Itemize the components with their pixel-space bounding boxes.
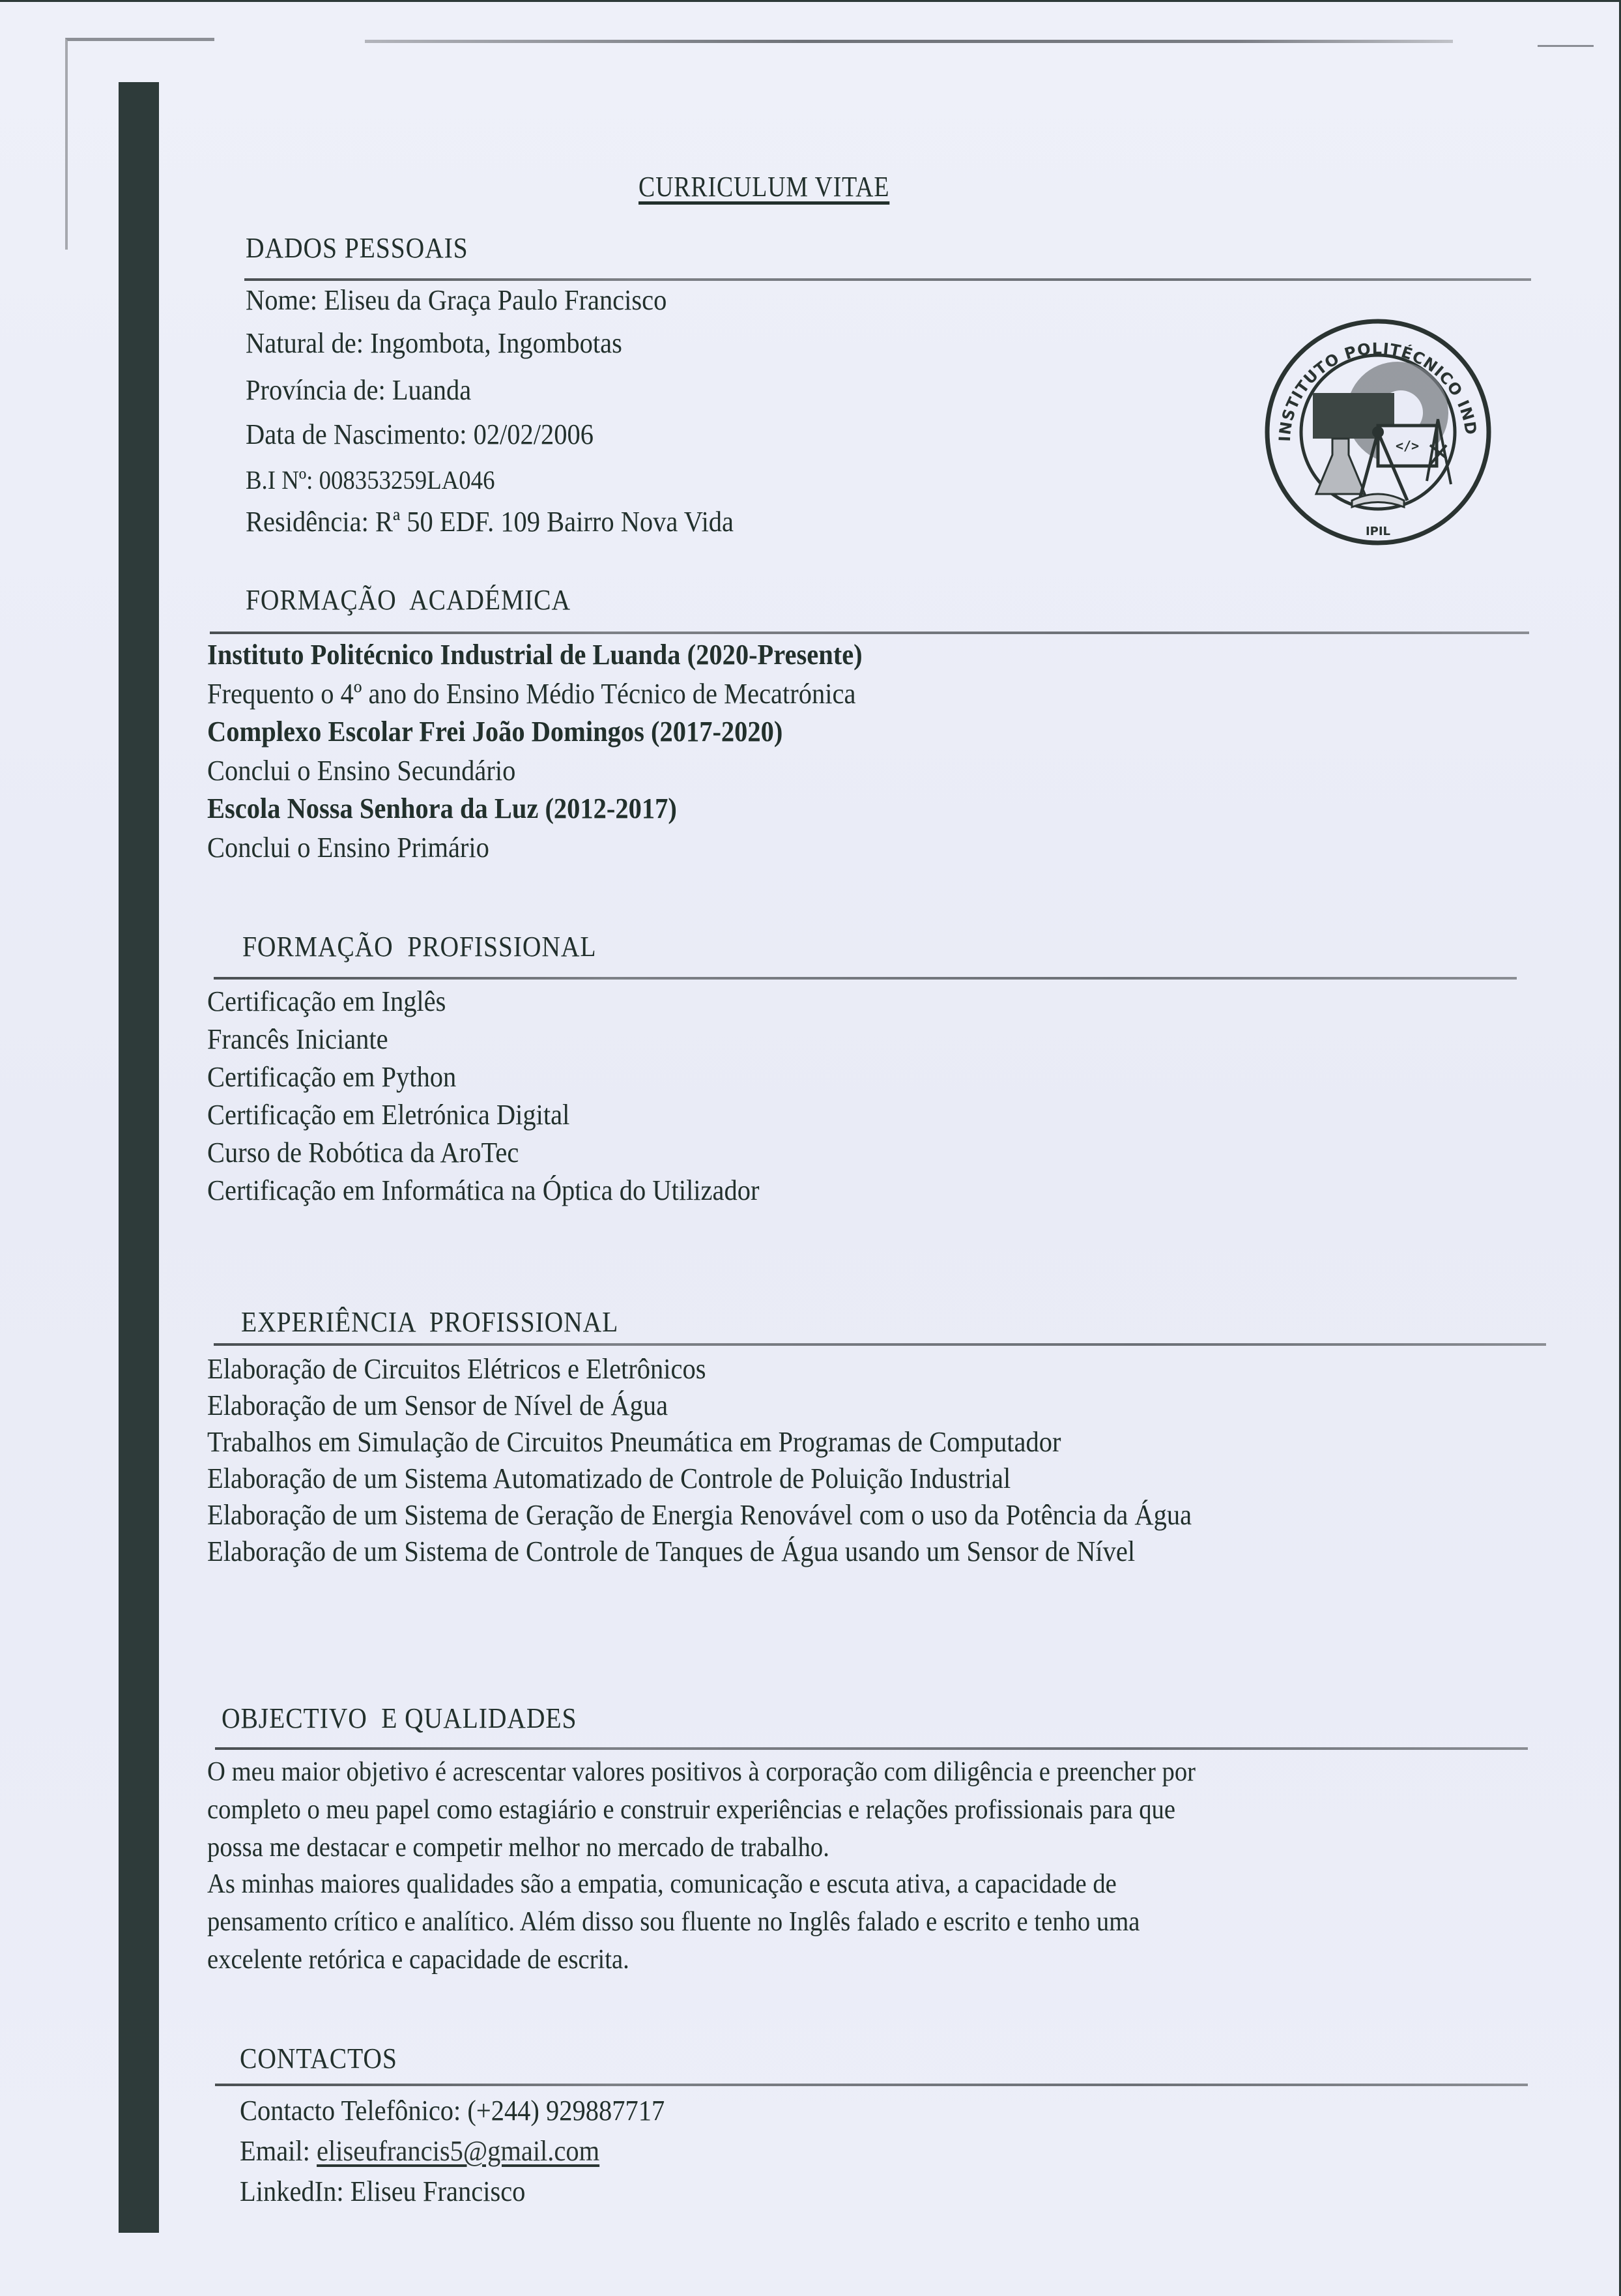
experience-item-1: Elaboração de Circuitos Elétricos e Elet… <box>207 1352 706 1386</box>
training-item-2: Francês Iniciante <box>207 1023 388 1056</box>
section-rule-contacts <box>215 2084 1528 2086</box>
academic-institution-3: Escola Nossa Senhora da Luz (2012-2017) <box>207 792 677 825</box>
experience-item-4: Elaboração de um Sistema Automatizado de… <box>207 1462 1011 1495</box>
objective-line-6: excelente retórica e capacidade de escri… <box>207 1944 629 1975</box>
section-rule-experience <box>214 1343 1546 1346</box>
school-emblem-icon: INSTITUTO POLITÉCNICO INDUSTRIAL DE LUAN… <box>1261 315 1495 549</box>
decorative-top-rule-short <box>1538 45 1594 47</box>
personal-birth-date: Data de Nascimento: 02/02/2006 <box>246 418 594 451</box>
section-rule-personal <box>244 278 1531 281</box>
objective-line-5: pensamento crítico e analítico. Além dis… <box>207 1906 1140 1938</box>
objective-line-1: O meu maior objetivo é acrescentar valor… <box>207 1756 1196 1788</box>
contact-email-link[interactable]: eliseufrancis5@gmail.com <box>317 2135 599 2167</box>
training-item-5: Curso de Robótica da AroTec <box>207 1136 519 1169</box>
experience-item-2: Elaboração de um Sensor de Nível de Água <box>207 1389 668 1422</box>
training-item-3: Certificação em Python <box>207 1060 456 1094</box>
personal-natural: Natural de: Ingombota, Ingombotas <box>246 327 622 360</box>
section-rule-objective <box>215 1747 1528 1750</box>
academic-institution-2: Complexo Escolar Frei João Domingos (201… <box>207 715 782 748</box>
academic-institution-1: Instituto Politécnico Industrial de Luan… <box>207 638 863 671</box>
personal-name: Nome: Eliseu da Graça Paulo Francisco <box>246 283 667 317</box>
academic-detail-2: Conclui o Ensino Secundário <box>207 754 515 787</box>
svg-text:IPIL: IPIL <box>1366 525 1390 538</box>
section-heading-contacts: CONTACTOS <box>240 2042 397 2075</box>
contact-phone: Contacto Telefônico: (+244) 929887717 <box>240 2094 665 2127</box>
experience-item-3: Trabalhos em Simulação de Circuitos Pneu… <box>207 1425 1061 1459</box>
section-heading-personal: DADOS PESSOAIS <box>246 231 468 265</box>
experience-item-5: Elaboração de um Sistema de Geração de E… <box>207 1498 1192 1532</box>
experience-item-6: Elaboração de um Sistema de Controle de … <box>207 1535 1135 1568</box>
training-item-6: Certificação em Informática na Óptica do… <box>207 1174 759 1207</box>
section-heading-objective: OBJECTIVO E QUALIDADES <box>222 1702 577 1735</box>
contact-linkedin: LinkedIn: Eliseu Francisco <box>240 2175 525 2208</box>
objective-line-3: possa me destacar e competir melhor no m… <box>207 1832 829 1863</box>
section-heading-academic: FORMAÇÃO ACADÉMICA <box>246 583 571 617</box>
personal-residence: Residência: Rª 50 EDF. 109 Bairro Nova V… <box>246 505 734 538</box>
section-rule-training <box>214 977 1517 980</box>
training-item-1: Certificação em Inglês <box>207 985 446 1018</box>
contact-email-label: Email: <box>240 2135 317 2167</box>
svg-text:</>: </> <box>1396 438 1419 454</box>
document-title: CURRICULUM VITAE <box>638 170 889 203</box>
contact-email-row: Email: eliseufrancis5@gmail.com <box>240 2134 599 2168</box>
objective-line-2: completo o meu papel como estagiário e c… <box>207 1794 1175 1825</box>
decorative-side-bar <box>119 82 159 2233</box>
section-heading-training: FORMAÇÃO PROFISSIONAL <box>242 930 597 963</box>
personal-id-number: B.I Nº: 008353259LA046 <box>246 465 495 495</box>
decorative-top-rule <box>365 40 1453 43</box>
section-heading-experience: EXPERIÊNCIA PROFISSIONAL <box>241 1305 618 1339</box>
training-item-4: Certificação em Eletrónica Digital <box>207 1098 569 1131</box>
academic-detail-1: Frequento o 4º ano do Ensino Médio Técni… <box>207 677 855 710</box>
personal-province: Província de: Luanda <box>246 373 471 407</box>
cv-page: CURRICULUM VITAE DADOS PESSOAIS Nome: El… <box>0 0 1621 2296</box>
objective-line-4: As minhas maiores qualidades são a empat… <box>207 1868 1117 1900</box>
section-rule-academic <box>210 632 1529 634</box>
academic-detail-3: Conclui o Ensino Primário <box>207 831 489 864</box>
